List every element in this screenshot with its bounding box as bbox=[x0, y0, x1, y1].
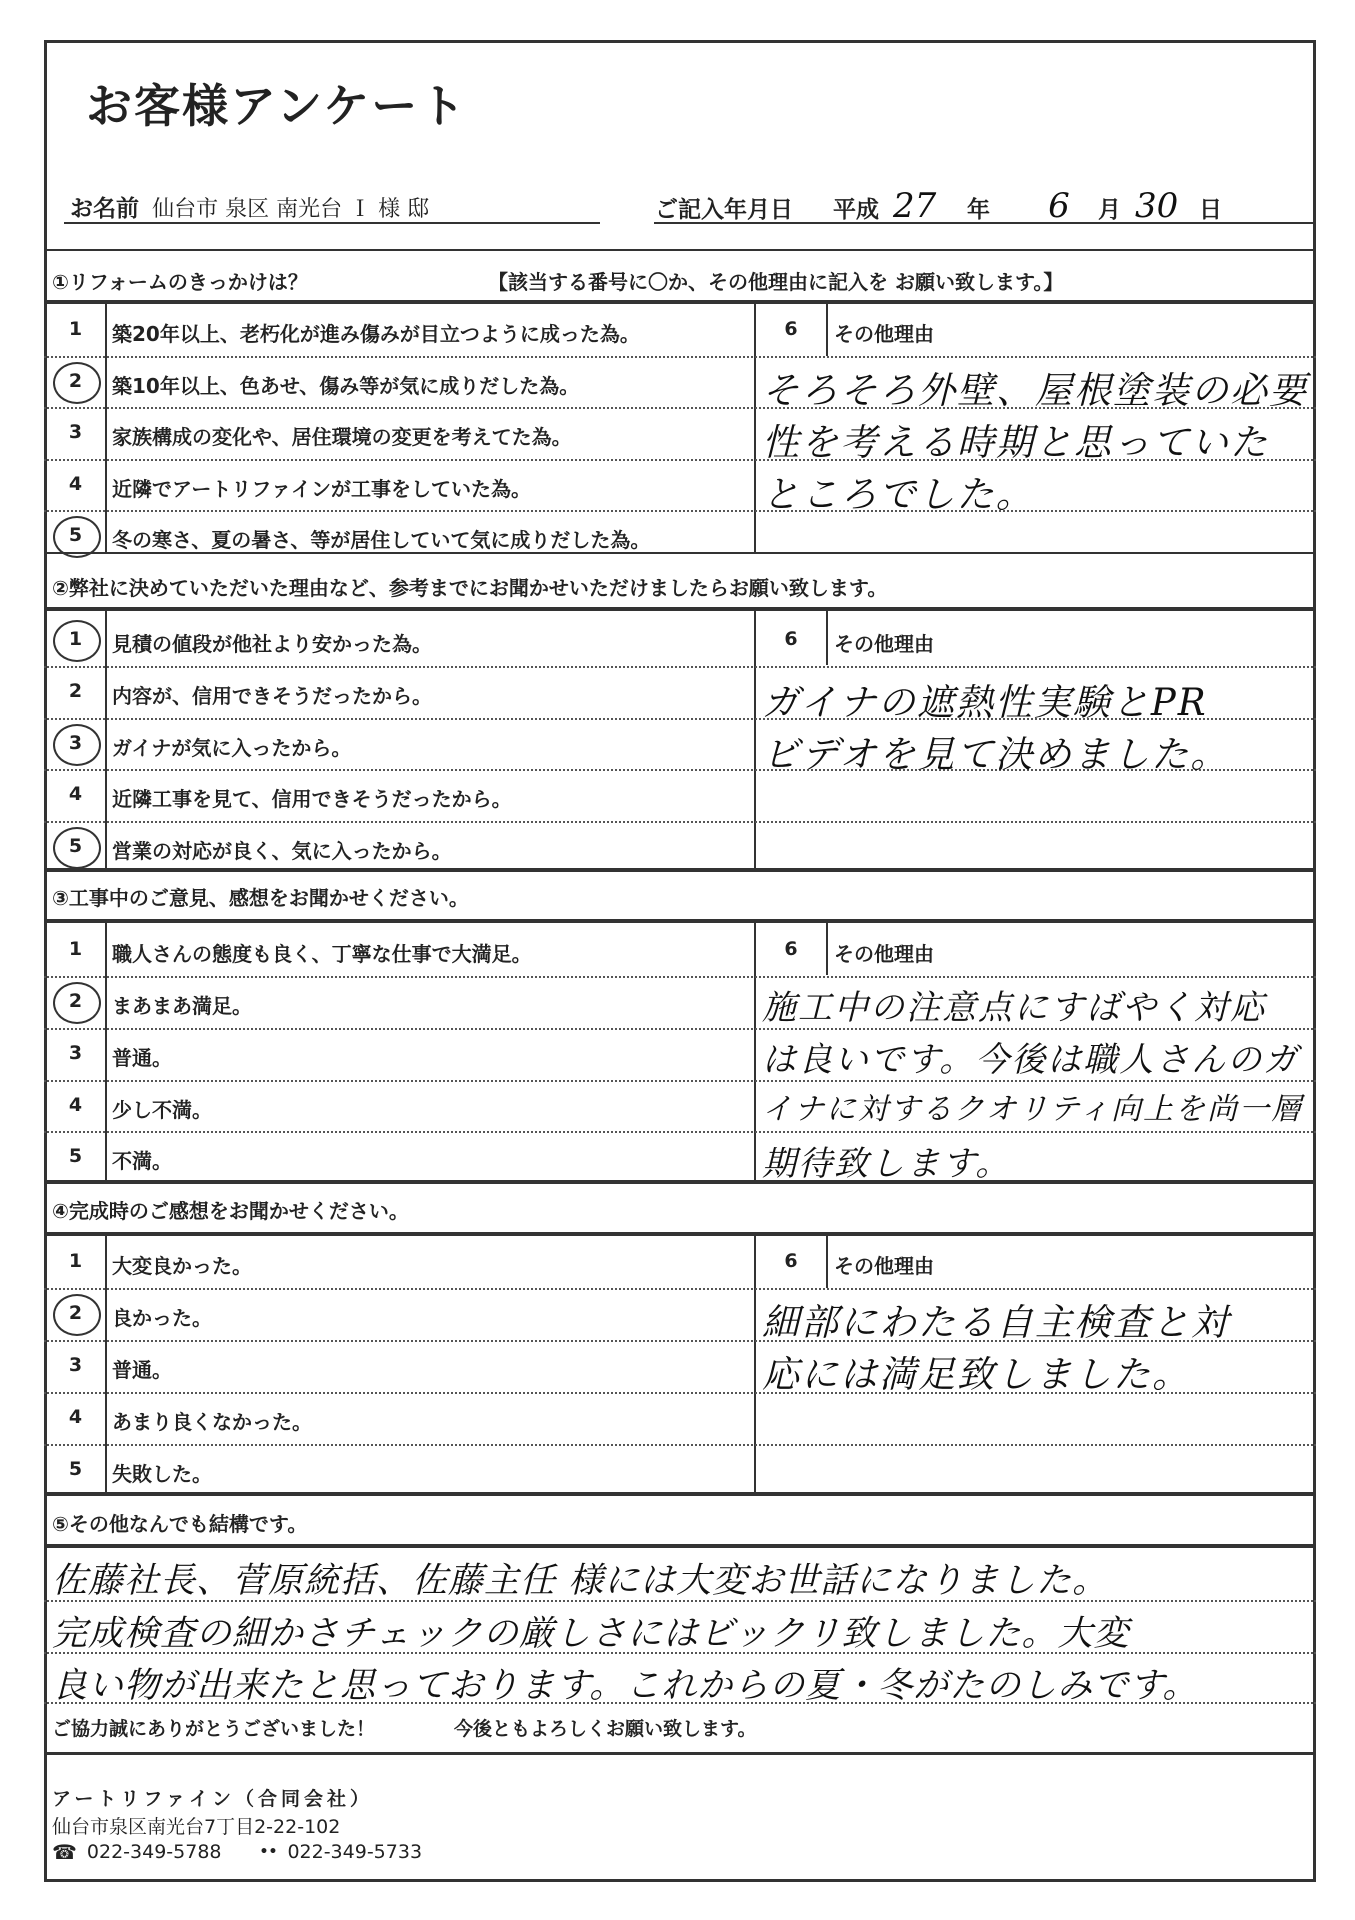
other-reason-number: 6 bbox=[756, 938, 826, 960]
other-reason-text-line[interactable]: ところでした。 bbox=[762, 464, 1035, 518]
option-number: 4 bbox=[44, 783, 107, 805]
instruction-text: 【該当する番号に〇か、その他理由に記入を お願い致します。】 bbox=[488, 266, 1063, 295]
option-text: 不満。 bbox=[112, 1145, 172, 1174]
other-reason-text-line[interactable]: 応には満足致しました。 bbox=[762, 1344, 1191, 1398]
other-reason-label: その他理由 bbox=[834, 938, 934, 967]
option-text: 築10年以上、色あせ、傷み等が気に成りだした為。 bbox=[112, 370, 579, 399]
option-text: 良かった。 bbox=[112, 1302, 212, 1331]
option-number: 2 bbox=[44, 680, 107, 702]
other-reason-text-line[interactable]: 性を考える時期と思っていた bbox=[762, 412, 1269, 466]
other-reason-number: 6 bbox=[756, 628, 826, 650]
option-text: 冬の寒さ、夏の暑さ、等が居住していて気に成りだした為。 bbox=[112, 524, 650, 553]
other-reason-text-line[interactable]: イナに対するクオリティ向上を尚一層 bbox=[762, 1084, 1303, 1128]
section-1-mid-col bbox=[754, 304, 756, 552]
date-label: ご記入年月日 bbox=[655, 191, 793, 224]
option-text: 失敗した。 bbox=[112, 1458, 212, 1487]
header-divider bbox=[44, 249, 1316, 251]
option-number: 3 bbox=[44, 421, 107, 443]
option-text: まあまあ満足。 bbox=[112, 990, 252, 1019]
option-text: 少し不満。 bbox=[112, 1094, 212, 1123]
option-number: 4 bbox=[44, 1406, 107, 1428]
year-unit: 年 bbox=[967, 191, 990, 224]
name-value: 仙台市 泉区 南光台 Ｉ 様 邸 bbox=[152, 197, 429, 222]
option-text: 家族構成の変化や、居住環境の変更を考えてた為。 bbox=[112, 421, 572, 450]
other-reason-label: その他理由 bbox=[834, 318, 934, 347]
form-title: お客様アンケート bbox=[86, 70, 467, 136]
option-text: 近隣工事を見て、信用できそうだったから。 bbox=[112, 783, 512, 812]
option-number: 5 bbox=[44, 1458, 107, 1480]
other-reason-text-line[interactable]: 施工中の注意点にすばやく対応 bbox=[762, 980, 1266, 1029]
date-field: ご記入年月日 平成 27 年 6 月 30 日 bbox=[655, 186, 1222, 226]
company-address: 仙台市泉区南光台7丁目2-22-102 bbox=[52, 1812, 340, 1839]
year-value: 27 bbox=[893, 186, 953, 226]
option-number: 3 bbox=[44, 732, 107, 754]
option-text: あまり良くなかった。 bbox=[112, 1406, 312, 1435]
option-text: 見積の値段が他社より安かった為。 bbox=[112, 628, 432, 657]
section-1-title: ①リフォームのきっかけは？ bbox=[52, 266, 308, 295]
month-value: 6 bbox=[1034, 186, 1084, 226]
section-5-title: ⑤その他なんでも結構です。 bbox=[52, 1508, 307, 1537]
fax-icon: •• bbox=[260, 1844, 278, 1860]
option-text: 普通。 bbox=[112, 1354, 172, 1383]
free-comment-line[interactable]: 良い物が出来たと思っております。これからの夏・冬がたのしみです。 bbox=[52, 1658, 1198, 1708]
phone-icon: ☎ bbox=[52, 1840, 77, 1864]
option-text: 普通。 bbox=[112, 1042, 172, 1071]
closing-message: 今後ともよろしくお願い致します。 bbox=[454, 1714, 756, 1741]
option-number: 4 bbox=[44, 473, 107, 495]
other-reason-text-line[interactable]: は良いです。今後は職人さんのガ bbox=[762, 1032, 1299, 1081]
section-4-title: ④完成時のご感想をお聞かせください。 bbox=[52, 1195, 409, 1224]
option-number: 5 bbox=[44, 835, 107, 857]
option-number: 3 bbox=[44, 1042, 107, 1064]
month-unit: 月 bbox=[1098, 191, 1121, 224]
date-underline bbox=[654, 222, 1316, 224]
company-name: アートリファイン（合同会社） bbox=[52, 1784, 373, 1811]
option-number: 1 bbox=[44, 318, 107, 340]
option-text: ガイナが気に入ったから。 bbox=[112, 732, 351, 761]
other-reason-number: 6 bbox=[756, 1250, 826, 1272]
other-reason-text-line[interactable]: 細部にわたる自主検査と対 bbox=[762, 1292, 1230, 1346]
company-contacts: ☎ 022-349-5788 •• 022-349-5733 bbox=[52, 1840, 422, 1864]
section-1-rule bbox=[44, 300, 1316, 304]
option-number: 1 bbox=[44, 938, 107, 960]
other-reason-text-line[interactable]: そろそろ外壁、屋根塗装の必要 bbox=[762, 360, 1308, 414]
option-number: 5 bbox=[44, 1145, 107, 1167]
day-unit: 日 bbox=[1199, 191, 1222, 224]
era-label: 平成 bbox=[833, 191, 879, 224]
fax-number: 022-349-5733 bbox=[287, 1841, 422, 1863]
other-reason-text-line[interactable]: ビデオを見て決めました。 bbox=[762, 724, 1229, 778]
other-reason-text-line[interactable]: 期待致します。 bbox=[762, 1136, 1011, 1185]
option-text: 近隣でアートリファインが工事をしていた為。 bbox=[112, 473, 531, 502]
other-reason-text-line[interactable]: ガイナの遮熱性実験とPR bbox=[762, 672, 1208, 726]
option-text: 営業の対応が良く、気に入ったから。 bbox=[112, 835, 452, 864]
option-number: 2 bbox=[44, 990, 107, 1012]
section-2-title: ②弊社に決めていただいた理由など、参考までにお聞かせいただけましたらお願い致しま… bbox=[52, 572, 887, 601]
other-reason-number: 6 bbox=[756, 318, 826, 340]
option-number: 1 bbox=[44, 628, 107, 650]
option-number: 1 bbox=[44, 1250, 107, 1272]
option-text: 大変良かった。 bbox=[112, 1250, 252, 1279]
option-number: 3 bbox=[44, 1354, 107, 1376]
thanks-message: ご協力誠にありがとうございました！ bbox=[52, 1714, 375, 1741]
section-1-other-num-col bbox=[826, 304, 828, 356]
other-reason-label: その他理由 bbox=[834, 628, 934, 657]
option-number: 5 bbox=[44, 524, 107, 546]
other-reason-label: その他理由 bbox=[834, 1250, 934, 1279]
option-number: 4 bbox=[44, 1094, 107, 1116]
section-3-title: ③工事中のご意見、感想をお聞かせください。 bbox=[52, 882, 469, 911]
free-comment-line[interactable]: 完成検査の細かさチェックの厳しさにはビックリ致しました。大変 bbox=[52, 1606, 1130, 1656]
day-value: 30 bbox=[1135, 186, 1185, 226]
option-number: 2 bbox=[44, 370, 107, 392]
option-text: 職人さんの態度も良く、丁寧な仕事で大満足。 bbox=[112, 938, 532, 967]
name-field: お名前 仙台市 泉区 南光台 Ｉ 様 邸 bbox=[70, 190, 429, 223]
phone-number: 022-349-5788 bbox=[87, 1841, 222, 1863]
name-label: お名前 bbox=[70, 196, 139, 222]
option-text: 築20年以上、老朽化が進み傷みが目立つように成った為。 bbox=[112, 318, 640, 347]
free-comment-line[interactable]: 佐藤社長、菅原統括、佐藤主任 様には大変お世話になりました。 bbox=[52, 1553, 1108, 1603]
option-text: 内容が、信用できそうだったから。 bbox=[112, 680, 432, 709]
option-number: 2 bbox=[44, 1302, 107, 1324]
name-underline bbox=[64, 222, 600, 224]
